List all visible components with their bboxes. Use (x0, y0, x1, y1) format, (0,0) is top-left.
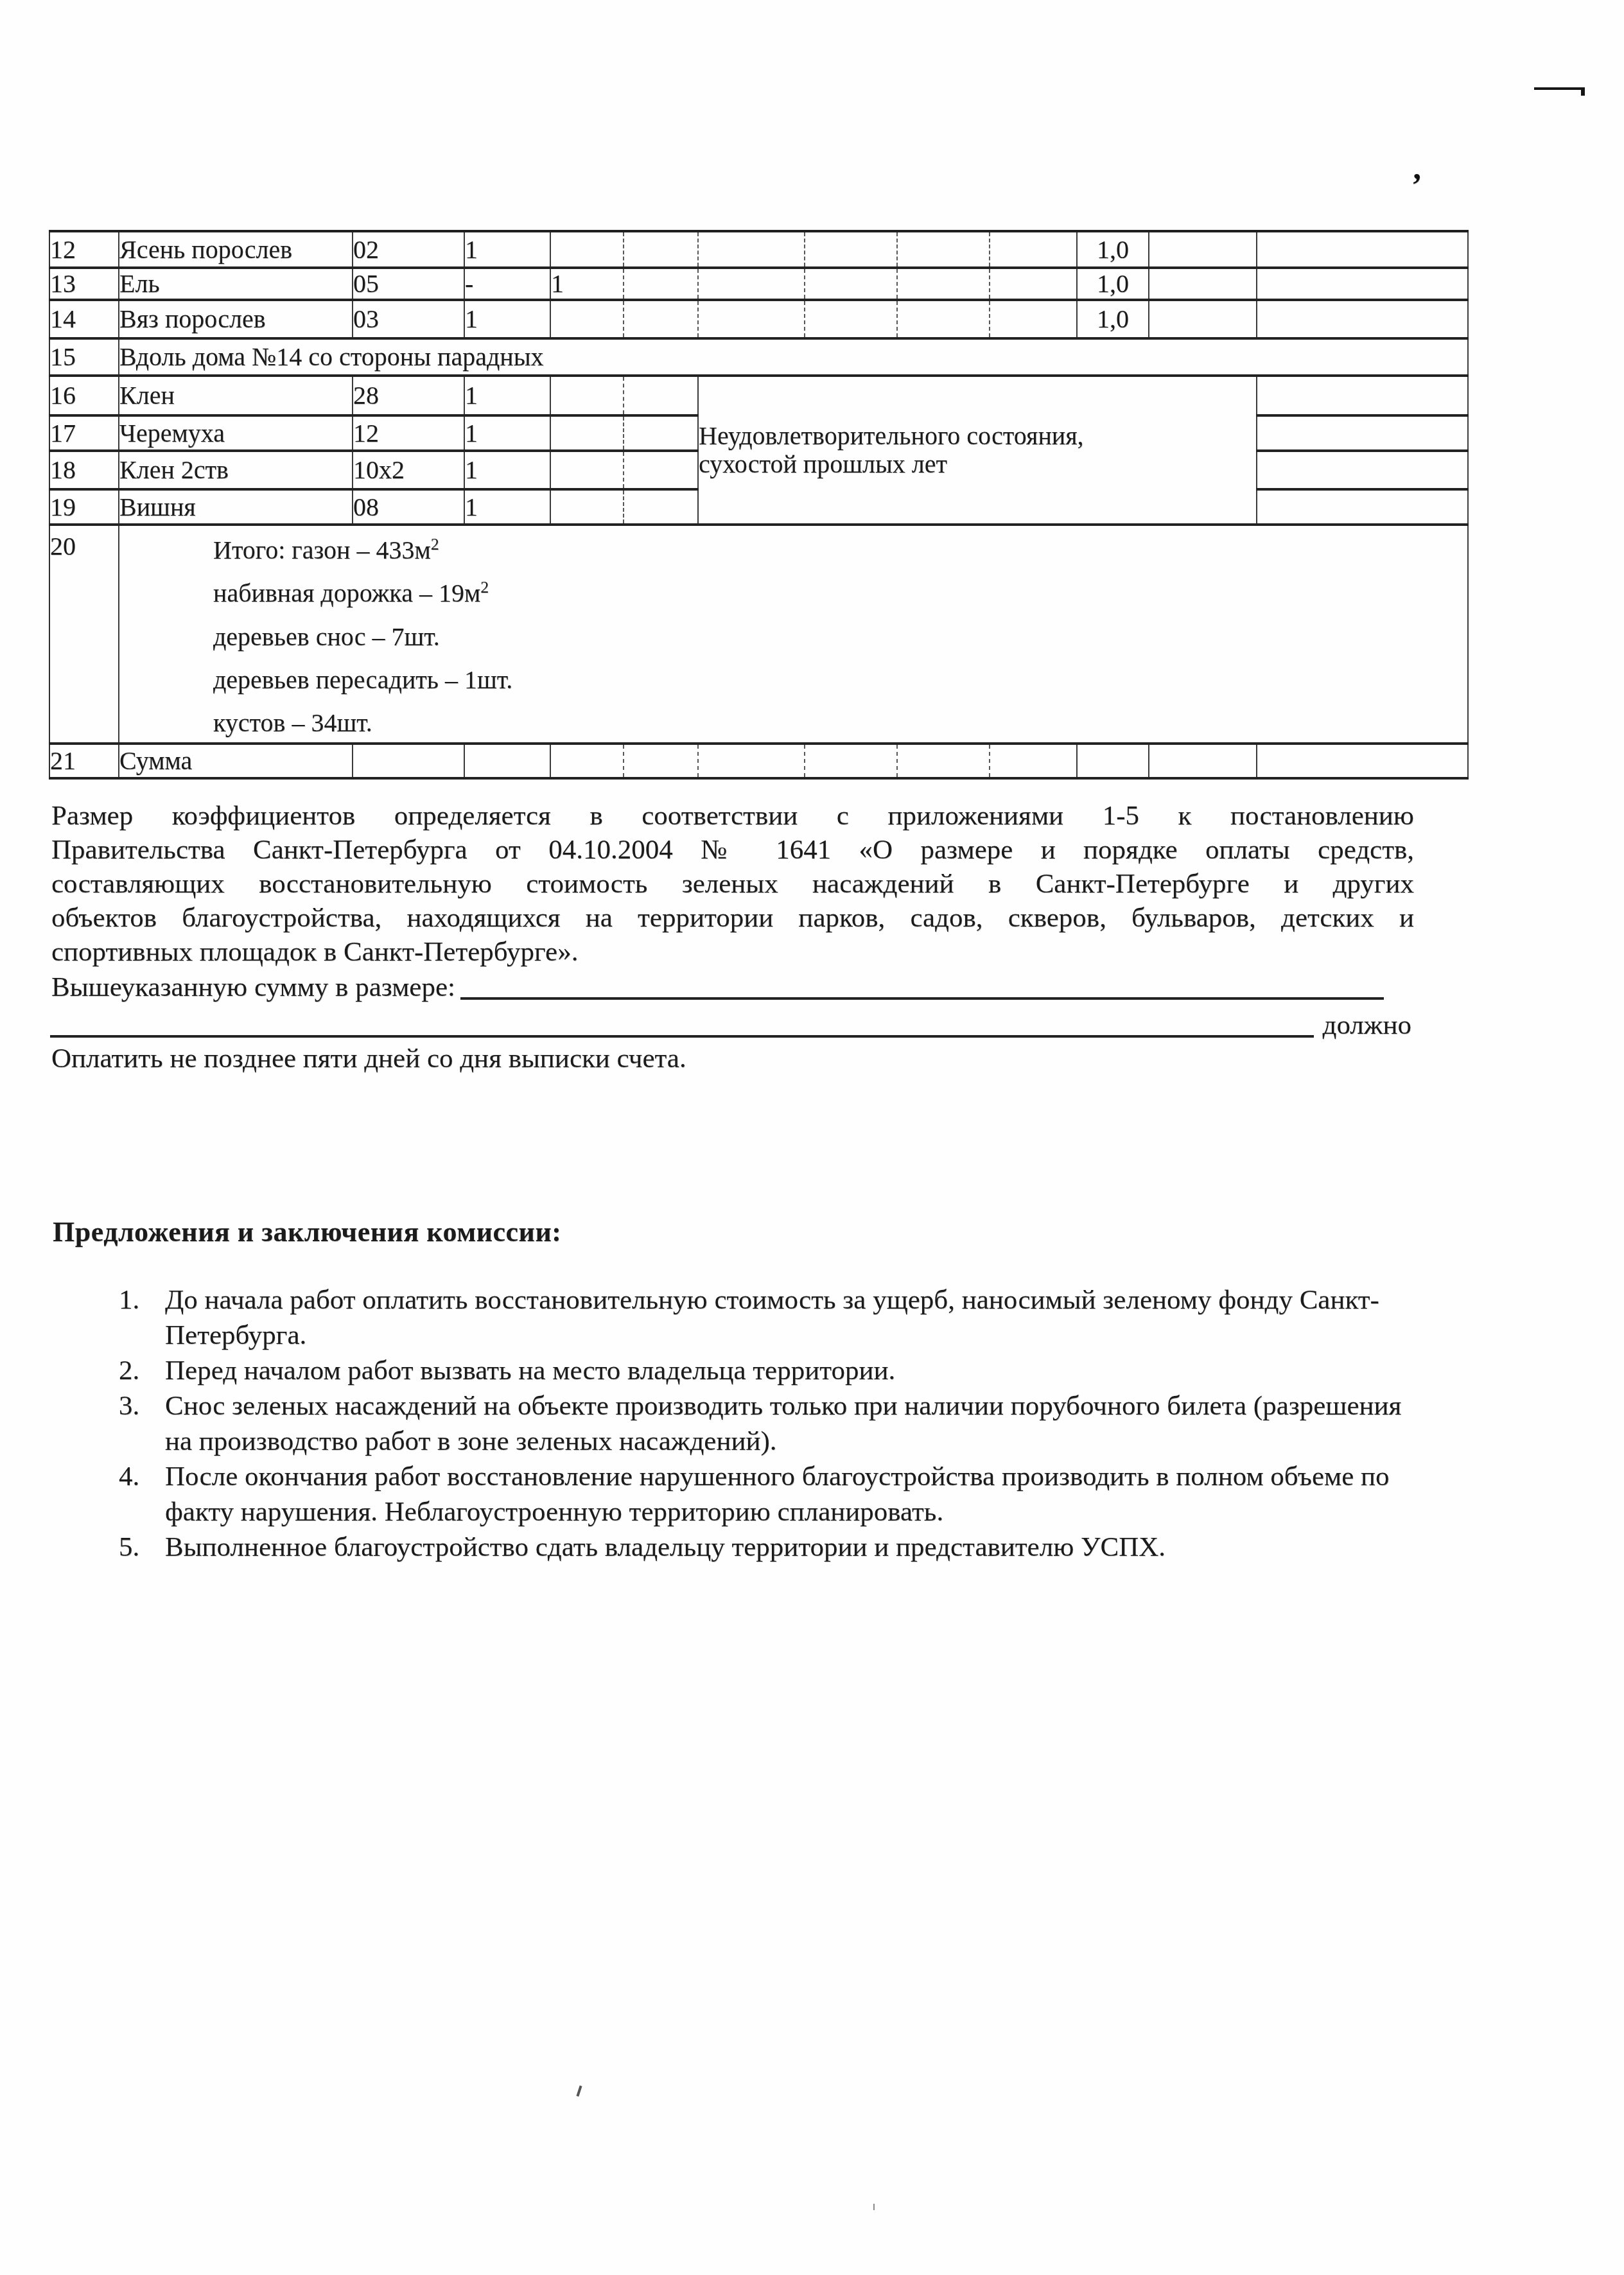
cell-empty (1149, 268, 1257, 300)
cell-count: 1 (464, 376, 550, 415)
cell-row-number: 20 (49, 525, 119, 744)
cell-sum-label: Сумма (119, 744, 353, 778)
cell-empty (624, 376, 698, 415)
paragraph-line: Правительства Санкт-Петербурга от 04.10.… (51, 833, 1414, 867)
conclusions-list-item: 1.До начала работ оплатить восстановител… (119, 1282, 1421, 1353)
list-item-number: 1. (119, 1282, 165, 1318)
cell-empty (550, 415, 624, 451)
conclusions-list-item: 4.После окончания работ восстановление н… (119, 1459, 1421, 1530)
cell-totals: Итого: газон – 433м2 набивная дорожка – … (119, 525, 1468, 744)
cell-empty (990, 744, 1077, 778)
scan-speck (873, 2204, 875, 2210)
cell-diameter: 12 (353, 415, 464, 451)
scan-dash-mark (1534, 87, 1585, 90)
list-item-number: 4. (119, 1459, 165, 1494)
cell-empty (805, 744, 897, 778)
list-item-text: Снос зеленых насаждений на объекте произ… (165, 1391, 1401, 1456)
cell-plant-name: Ясень порослев (119, 231, 353, 268)
table-row-20-totals: 20 Итого: газон – 433м2 набивная дорожка… (49, 525, 1468, 744)
cell-empty (550, 489, 624, 525)
cell-coefficient: 1,0 (1077, 268, 1149, 300)
cell-empty (1257, 300, 1468, 338)
cell-empty (1257, 744, 1468, 778)
cell-empty (897, 744, 990, 778)
cell-empty (990, 231, 1077, 268)
blank-underline (460, 997, 1384, 1000)
cell-count: 1 (464, 451, 550, 489)
cell-empty (550, 376, 624, 415)
cell-empty (897, 268, 990, 300)
cell-empty (624, 231, 698, 268)
totals-line: деревьев пересадить – 1шт. (119, 656, 1467, 699)
cell-empty (805, 231, 897, 268)
coefficients-paragraph: Размер коэффициентов определяется в соот… (51, 799, 1414, 969)
cell-empty (624, 744, 698, 778)
cell-empty (698, 300, 805, 338)
cell-empty (698, 231, 805, 268)
sum-amount-label: Вышеуказанную сумму в размере: (51, 972, 455, 1004)
cell-diameter: 02 (353, 231, 464, 268)
cell-empty (624, 300, 698, 338)
list-item-number: 5. (119, 1530, 165, 1565)
list-item-text: Выполненное благоустройство сдать владел… (165, 1532, 1166, 1562)
list-item-number: 3. (119, 1388, 165, 1424)
paragraph-line: Размер коэффициентов определяется в соот… (51, 799, 1414, 833)
cell-empty (990, 300, 1077, 338)
table-row-14: 14 Вяз порослев 03 1 1,0 (49, 300, 1468, 338)
paragraph-line: спортивных площадок в Санкт-Петербурге». (51, 935, 1414, 969)
cell-empty (550, 451, 624, 489)
blank-underline (50, 1034, 1314, 1038)
cell-count: - (464, 268, 550, 300)
cell-count: 1 (464, 300, 550, 338)
cell-empty (624, 268, 698, 300)
cell-empty (1257, 451, 1468, 489)
cell-coefficient: 1,0 (1077, 300, 1149, 338)
cell-empty (550, 300, 624, 338)
list-item-text: До начала работ оплатить восстановительн… (165, 1285, 1379, 1350)
cell-empty (624, 415, 698, 451)
list-item-text: После окончания работ восстановление нар… (165, 1461, 1390, 1527)
totals-line: кустов – 34шт. (119, 699, 1467, 742)
table-row-21-sum: 21 Сумма (49, 744, 1468, 778)
cell-empty (805, 300, 897, 338)
scan-speck (576, 2086, 582, 2096)
cell-empty (1257, 231, 1468, 268)
scan-apostrophe-mark: ’ (1411, 166, 1422, 203)
cell-empty (550, 231, 624, 268)
cell-row-number: 14 (49, 300, 119, 338)
cell-row-number: 18 (49, 451, 119, 489)
cell-row-number: 17 (49, 415, 119, 451)
sum-amount-line: Вышеуказанную сумму в размере: (51, 972, 1413, 1004)
list-item-number: 2. (119, 1353, 165, 1388)
cell-diameter: 28 (353, 376, 464, 415)
cell-empty (698, 268, 805, 300)
cell-diameter: 08 (353, 489, 464, 525)
cell-row-number: 12 (49, 231, 119, 268)
totals-line: деревьев снос – 7шт. (119, 613, 1467, 656)
cell-empty (1149, 744, 1257, 778)
cell-empty (624, 451, 698, 489)
cell-empty (1257, 376, 1468, 415)
table-row-12: 12 Ясень порослев 02 1 1,0 (49, 231, 1468, 268)
inventory-table-wrapper: 12 Ясень порослев 02 1 1,0 13 Ель 05 - 1 (49, 230, 1469, 780)
cell-empty (1149, 300, 1257, 338)
conclusions-heading: Предложения и заключения комиссии: (53, 1216, 561, 1248)
due-line: должно (50, 1009, 1411, 1042)
paragraph-line: составляющих восстановительную стоимость… (51, 867, 1414, 901)
cell-count: 1 (464, 489, 550, 525)
cell-empty (990, 268, 1077, 300)
cell-count: 1 (550, 268, 624, 300)
cell-empty (805, 268, 897, 300)
pay-deadline-line: Оплатить не позднее пяти дней со дня вып… (51, 1043, 686, 1074)
cell-diameter: 03 (353, 300, 464, 338)
cell-plant-name: Ель (119, 268, 353, 300)
cell-coefficient: 1,0 (1077, 231, 1149, 268)
cell-location-note: Вдоль дома №14 со стороны парадных (119, 338, 1468, 376)
cell-plant-name: Клен (119, 376, 353, 415)
cell-row-number: 13 (49, 268, 119, 300)
cell-empty (897, 300, 990, 338)
totals-line: Итого: газон – 433м2 (119, 526, 1467, 569)
cell-count: 1 (464, 415, 550, 451)
cell-diameter: 10х2 (353, 451, 464, 489)
cell-empty (897, 231, 990, 268)
conclusions-list-item: 2.Перед началом работ вызвать на место в… (119, 1353, 1421, 1388)
cell-plant-name: Вяз порослев (119, 300, 353, 338)
conclusions-list-item: 3.Снос зеленых насаждений на объекте про… (119, 1388, 1421, 1459)
cell-empty (1257, 489, 1468, 525)
paragraph-line: объектов благоустройства, находящихся на… (51, 901, 1414, 935)
table-row-16: 16 Клен 28 1 Неудовлетворительного состо… (49, 376, 1468, 415)
cell-empty (464, 744, 550, 778)
cell-plant-name: Черемуха (119, 415, 353, 451)
table-row-15: 15 Вдоль дома №14 со стороны парадных (49, 338, 1468, 376)
cell-plant-name: Вишня (119, 489, 353, 525)
cell-plant-name: Клен 2ств (119, 451, 353, 489)
cell-empty (698, 744, 805, 778)
conclusions-list-item: 5.Выполненное благоустройство сдать влад… (119, 1530, 1421, 1565)
cell-count: 1 (464, 231, 550, 268)
scanned-document-page: ’ 12 Ясень порослев 02 1 (0, 0, 1624, 2275)
totals-line: набивная дорожка – 19м2 (119, 569, 1467, 612)
cell-empty (624, 489, 698, 525)
table-row-13: 13 Ель 05 - 1 1,0 (49, 268, 1468, 300)
cell-row-number: 19 (49, 489, 119, 525)
cell-empty (1149, 231, 1257, 268)
cell-empty (1257, 415, 1468, 451)
cell-empty (550, 744, 624, 778)
inventory-table: 12 Ясень порослев 02 1 1,0 13 Ель 05 - 1 (49, 230, 1469, 780)
cell-row-number: 21 (49, 744, 119, 778)
list-item-text: Перед началом работ вызвать на место вла… (165, 1355, 895, 1386)
due-word: должно (1323, 1009, 1412, 1042)
cell-condition-note: Неудовлетворительного состояния,сухостой… (698, 376, 1257, 525)
cell-empty (1077, 744, 1149, 778)
cell-empty (1257, 268, 1468, 300)
cell-row-number: 15 (49, 338, 119, 376)
cell-row-number: 16 (49, 376, 119, 415)
conclusions-list: 1.До начала работ оплатить восстановител… (119, 1282, 1421, 1565)
cell-empty (353, 744, 464, 778)
cell-diameter: 05 (353, 268, 464, 300)
